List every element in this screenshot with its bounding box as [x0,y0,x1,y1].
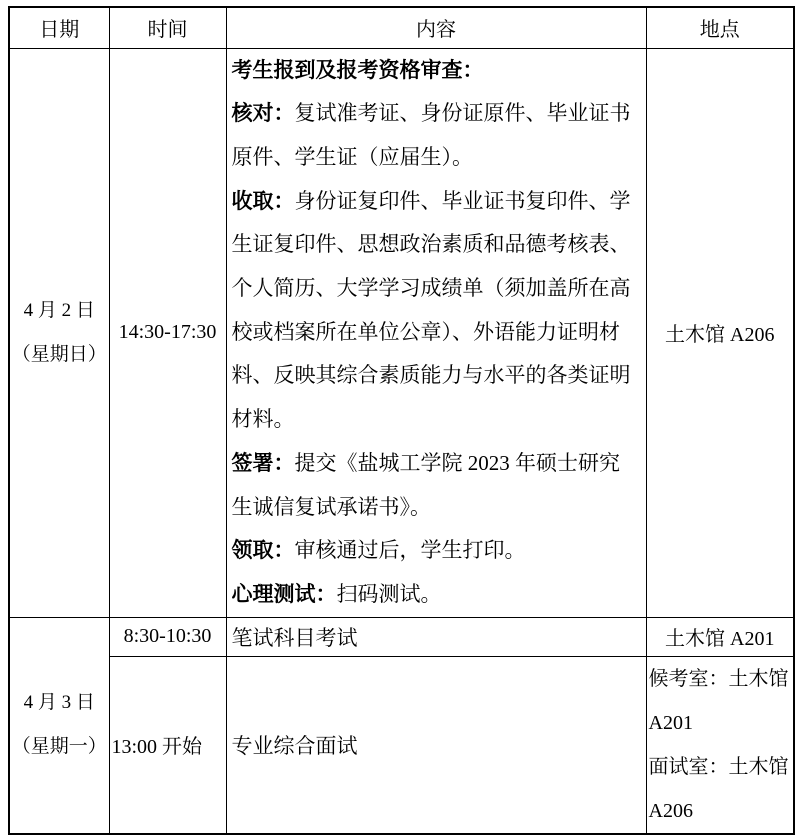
date-line-2: （星期日） [10,333,109,377]
content-paragraph-collect: 收取：身份证复印件、毕业证书复印件、学生证复印件、思想政治素质和品德考核表、个人… [232,180,636,442]
date-line-1: 4 月 2 日 [10,289,109,333]
paragraph-label: 考生报到及报考资格审查： [232,58,484,82]
content-paragraph-sign: 签署：提交《盐城工学院 2023 年硕士研究生诚信复试承诺书》。 [232,442,636,529]
paragraph-text: 扫码测试。 [337,582,442,606]
header-cell-content: 内容 [226,7,646,48]
paragraph-text: 身份证复印件、毕业证书复印件、学生证复印件、思想政治素质和品德考核表、个人简历、… [232,189,631,432]
date-cell-april-3: 4 月 3 日 （星期一） [9,617,109,834]
content-cell-interview: 专业综合面试 [226,656,646,834]
registration-content: 考生报到及报考资格审查： 核对：复试准考证、身份证原件、毕业证书原件、学生证（应… [232,49,636,617]
date-line-2: （星期一） [10,725,109,769]
date-cell-april-2: 4 月 2 日 （星期日） [9,48,109,617]
paragraph-label: 核对： [232,101,295,125]
row-april-3-written-exam: 4 月 3 日 （星期一） 8:30-10:30 笔试科目考试 土木馆 A201 [9,617,794,656]
content-paragraph-receive: 领取：审核通过后，学生打印。 [232,529,636,573]
content-cell-registration: 考生报到及报考资格审查： 核对：复试准考证、身份证原件、毕业证书原件、学生证（应… [226,48,646,617]
paragraph-label: 收取： [232,189,295,213]
header-cell-date: 日期 [9,7,109,48]
date-line-1: 4 月 3 日 [10,681,109,725]
time-cell-written-exam: 8:30-10:30 [109,617,226,656]
content-paragraph-title: 考生报到及报考资格审查： [232,49,636,93]
paragraph-label: 心理测试： [232,582,337,606]
content-paragraph-psych-test: 心理测试：扫码测试。 [232,573,636,617]
page: 日期 时间 内容 地点 4 月 2 日 （星期日） 14:30-17:30 考生… [0,0,800,837]
row-april-2: 4 月 2 日 （星期日） 14:30-17:30 考生报到及报考资格审查： 核… [9,48,794,617]
location-cell-interview: 候考室：土木馆 A201 面试室：土木馆 A206 [646,656,794,834]
content-paragraph-check: 核对：复试准考证、身份证原件、毕业证书原件、学生证（应届生）。 [232,92,636,179]
paragraph-label: 领取： [232,538,295,562]
interview-waiting-room: 候考室：土木馆 A201 [649,657,794,745]
row-april-3-interview: 13:00 开始 专业综合面试 候考室：土木馆 A201 面试室：土木馆 A20… [9,656,794,834]
header-cell-location: 地点 [646,7,794,48]
content-cell-written-exam: 笔试科目考试 [226,617,646,656]
paragraph-text: 审核通过后，学生打印。 [295,538,526,562]
schedule-table: 日期 时间 内容 地点 4 月 2 日 （星期日） 14:30-17:30 考生… [8,6,795,835]
location-cell-written-exam: 土木馆 A201 [646,617,794,656]
header-cell-time: 时间 [109,7,226,48]
interview-room: 面试室：土木馆 A206 [649,745,794,833]
time-cell-registration: 14:30-17:30 [109,48,226,617]
header-row: 日期 时间 内容 地点 [9,7,794,48]
time-cell-interview: 13:00 开始 [109,656,226,834]
paragraph-label: 签署： [232,451,295,475]
location-cell-registration: 土木馆 A206 [646,48,794,617]
